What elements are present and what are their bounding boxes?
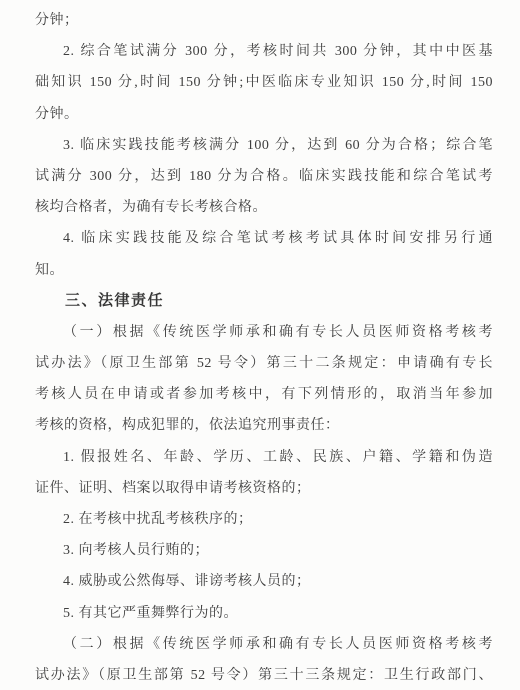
text-line-item-4-start: 4. 临床实践技能及综合笔试考核考试具体时间安排另行通: [35, 223, 493, 254]
text-line-continuation: 分钟；: [35, 5, 493, 36]
text-line-item-3-start: 3. 临床实践技能考核满分 100 分，达到 60 分为合格；综合笔: [35, 130, 493, 161]
text-line-continuation: 知。: [35, 255, 493, 286]
text-line: 试办法》（原卫生部第 52 号令）第三十二条规定：申请确有专长: [35, 348, 493, 379]
text-line-item-5: 5. 有其它严重舞弊行为的。: [35, 598, 493, 629]
text-line-item-3: 3. 向考核人员行贿的；: [35, 535, 493, 566]
text-line-continuation: 证件、证明、档案以取得申请考核资格的；: [35, 473, 493, 504]
section-heading-legal-responsibility: 三、法律责任: [35, 286, 493, 317]
text-line-item-2: 2. 在考核中扰乱考核秩序的；: [35, 504, 493, 535]
text-line-item-2-start: 2. 综合笔试满分 300 分，考核时间共 300 分钟，其中中医基: [35, 36, 493, 67]
text-line-continuation: 分钟。: [35, 99, 493, 130]
text-line-continuation: 考核的资格，构成犯罪的，依法追究刑事责任：: [35, 410, 493, 441]
text-line: 考核人员在申请或者参加考核中，有下列情形的，取消当年参加: [35, 379, 493, 410]
text-line-clause-2-start: （二）根据《传统医学师承和确有专长人员医师资格考核考: [35, 629, 493, 660]
document-page: 分钟； 2. 综合笔试满分 300 分，考核时间共 300 分钟，其中中医基 础…: [0, 0, 520, 690]
text-line: 试满分 300 分，达到 180 分为合格。临床实践技能和综合笔试考: [35, 161, 493, 192]
text-line: 础知识 150 分,时间 150 分钟;中医临床专业知识 150 分,时间 15…: [35, 67, 493, 98]
text-line: 试办法》（原卫生部第 52 号令）第三十三条规定：卫生行政部门、: [35, 660, 493, 690]
text-line-clause-1-start: （一）根据《传统医学师承和确有专长人员医师资格考核考: [35, 317, 493, 348]
text-line-item-4: 4. 威胁或公然侮辱、诽谤考核人员的；: [35, 566, 493, 597]
text-line-item-1-start: 1. 假报姓名、年龄、学历、工龄、民族、户籍、学籍和伪造: [35, 442, 493, 473]
text-line-continuation: 核均合格者，为确有专长考核合格。: [35, 192, 493, 223]
